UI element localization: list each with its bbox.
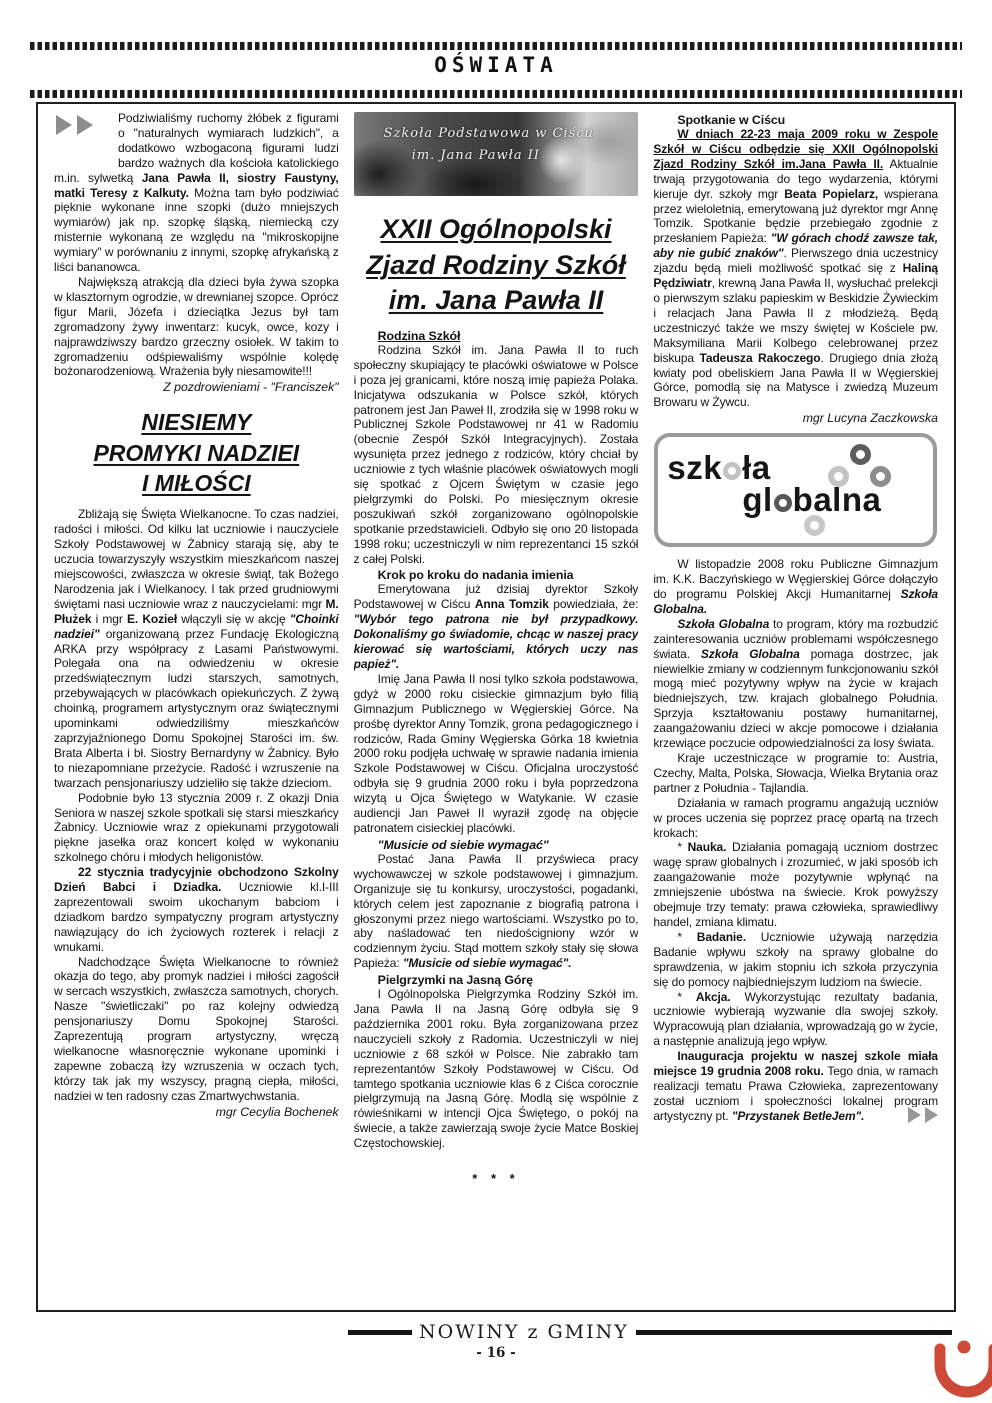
text-run: Beata Popielarz,	[784, 187, 878, 201]
headline-line: I MIŁOŚCI	[142, 468, 251, 498]
decorative-dashed-rule-bottom	[30, 90, 962, 98]
decorative-dashed-rule-top	[30, 42, 962, 50]
arrow-right-icon	[56, 115, 72, 135]
paragraph: Postać Jana Pawła II przyświeca pracy wy…	[354, 852, 639, 971]
paragraph: Kraje uczestniczące w programie to: Aust…	[653, 751, 938, 796]
text-run: Kraje uczestniczące w programie to: Aust…	[653, 751, 938, 795]
subheading: Krok po kroku do nadania imienia	[354, 568, 639, 582]
text-run: *	[677, 990, 696, 1004]
signature: Z pozdrowieniami - "Franciszek"	[54, 380, 339, 394]
red-arabic-noon-glyph	[928, 1335, 992, 1403]
subheading-text: Spotkanie w Ciścu	[677, 113, 785, 127]
headline-line: NIESIEMY	[141, 407, 251, 437]
footer-rule-left	[348, 1330, 412, 1335]
article-headline: XXII OgólnopolskiZjazd Rodziny Szkółim. …	[354, 212, 639, 319]
text-run: Nadchodzące Święta Wielkanocne to równie…	[54, 955, 339, 1103]
logo-szkola-globalna: szkłaglbalna	[654, 433, 937, 547]
text-run: Postać Jana Pawła II przyświeca pracy wy…	[354, 852, 639, 970]
paragraph: Szkoła Globalna to program, który ma roz…	[653, 617, 938, 751]
paragraph: Zbliżają się Święta Wielkanocne. To czas…	[54, 507, 339, 790]
headline-line: im. Jana Pawła II	[389, 283, 604, 319]
paragraph: * Nauka. Działania pomagają uczniom dost…	[653, 840, 938, 929]
subheading: Rodzina Szkół	[354, 329, 639, 343]
text-run: "Przystanek BetleJem".	[732, 1109, 865, 1123]
continuation-arrows	[54, 111, 118, 161]
ring-icon	[723, 462, 741, 480]
ring-icon	[804, 515, 825, 536]
paragraph: * Akcja. Wykorzystując rezultaty badania…	[653, 990, 938, 1050]
separator-stars: * * *	[354, 1171, 639, 1186]
text-run: Szkoła Globalna	[701, 647, 800, 661]
section-title: OŚWIATA	[0, 53, 992, 77]
ring-icon	[870, 466, 891, 487]
subheading: Spotkanie w Ciścu	[653, 113, 938, 127]
text-run: Szkoła Globalna	[677, 617, 769, 631]
text-run: powiedziała, że:	[549, 597, 639, 611]
page-number: - 16 -	[0, 1345, 992, 1361]
text-run: i mgr	[91, 612, 127, 626]
paragraph: W listopadzie 2008 roku Publiczne Gimnaz…	[653, 557, 938, 617]
signature: mgr Cecylia Bochenek	[54, 1105, 339, 1119]
text-run: Działania w ramach programu angażują ucz…	[653, 796, 938, 840]
text-run: Nauka.	[688, 840, 727, 854]
arrow-right-icon	[925, 1107, 938, 1123]
logo-word-globalna: glbalna	[742, 481, 881, 519]
banner-caption-line2: im. Jana Pawła II	[412, 148, 540, 163]
footer-rule-right	[636, 1330, 952, 1335]
paragraph: I Ogólnopolska Pielgrzymka Rodziny Szkół…	[354, 987, 639, 1151]
subheading-text: Rodzina Szkół	[378, 329, 461, 343]
text-run: Podobnie było 13 stycznia 2009 r. Z okaz…	[54, 791, 339, 865]
paragraph: Emerytowana już dzisiaj dyrektor Szkoły …	[354, 582, 639, 671]
newspaper-page: OŚWIATA Podziwialiśmy ruchomy żłóbek z f…	[0, 0, 992, 1403]
paragraph: 22 stycznia tradycyjnie obchodzono Szkol…	[54, 865, 339, 954]
signature: mgr Lucyna Zaczkowska	[653, 411, 938, 425]
headline-line: Zjazd Rodziny Szkół	[366, 248, 626, 284]
column-left: Podziwialiśmy ruchomy żłóbek z figurami …	[54, 111, 339, 1304]
paragraph: Nadchodzące Święta Wielkanocne to równie…	[54, 955, 339, 1104]
text-run: "Musicie od siebie wymagać".	[403, 956, 572, 970]
text-run: Rodzina Szkół im. Jana Pawła II to ruch …	[354, 343, 639, 566]
masthead-title: NOWINY z GMINY	[419, 1321, 629, 1343]
paragraph: Działania w ramach programu angażują ucz…	[653, 796, 938, 841]
text-run: Anna Tomzik	[475, 597, 549, 611]
paragraph: Rodzina Szkół im. Jana Pawła II to ruch …	[354, 343, 639, 567]
paragraph: * Badanie. Uczniowie używają narzędzia B…	[653, 930, 938, 990]
text-run: Imię Jana Pawła II nosi tylko szkoła pod…	[354, 672, 639, 835]
banner-caption-line1: Szkoła Podstawowa w Ciścu	[384, 126, 594, 141]
paragraph: Imię Jana Pawła II nosi tylko szkoła pod…	[354, 672, 639, 836]
subheading: Pielgrzymki na Jasną Górę	[354, 973, 639, 987]
headline-line: PROMYKI NADZIEI	[93, 438, 299, 468]
text-run: Akcja.	[696, 990, 731, 1004]
school-banner-image: Szkoła Podstawowa w Ciścuim. Jana Pawła …	[354, 112, 639, 196]
text-run: Zbliżają się Święta Wielkanocne. To czas…	[54, 507, 339, 610]
text-run: Z pozdrowieniami - "Franciszek"	[163, 380, 338, 394]
text-run: mgr Lucyna Zaczkowska	[803, 411, 938, 425]
column-center: Szkoła Podstawowa w Ciścuim. Jana Pawła …	[354, 111, 639, 1304]
ring-icon	[774, 494, 792, 512]
continuation-arrows	[902, 1107, 938, 1123]
headline-line: XXII Ogólnopolski	[380, 212, 611, 248]
paragraph: Inauguracja projektu w naszej szkole mia…	[653, 1049, 938, 1124]
text-run: Największą atrakcją dla dzieci była żywa…	[54, 275, 339, 378]
articles-container: Podziwialiśmy ruchomy żłóbek z figurami …	[36, 102, 956, 1312]
article-headline: NIESIEMYPROMYKI NADZIEII MIŁOŚCI	[54, 407, 339, 498]
paragraph: W dniach 22-23 maja 2009 roku w Zespole …	[653, 127, 938, 410]
text-run: *	[677, 930, 696, 944]
text-run: Badanie.	[697, 930, 746, 944]
subheading-text: Pielgrzymki na Jasną Górę	[378, 973, 533, 987]
footer: NOWINY z GMINY	[36, 1321, 952, 1343]
subheading: "Musicie od siebie wymagać"	[354, 838, 639, 852]
text-run: Tadeusza Rakoczego	[700, 351, 821, 365]
text-run: włączyli się w akcję	[177, 612, 290, 626]
column-right: Spotkanie w CiścuW dniach 22-23 maja 200…	[653, 111, 938, 1304]
arrow-right-icon	[908, 1107, 921, 1123]
text-run: W listopadzie 2008 roku Publiczne Gimnaz…	[653, 557, 938, 601]
arrow-right-icon	[77, 115, 93, 135]
text-run: "Wybór tego patrona nie był przypadkowy.…	[354, 612, 639, 671]
text-run: *	[677, 840, 687, 854]
subheading-text: "Musicie od siebie wymagać"	[378, 838, 549, 852]
text-run: I Ogólnopolska Pielgrzymka Rodziny Szkół…	[354, 987, 639, 1150]
text-run: pomaga dostrzec, jak niewielkie zmiany w…	[653, 647, 938, 750]
paragraph: Podobnie było 13 stycznia 2009 r. Z okaz…	[54, 791, 339, 866]
ring-icon	[850, 444, 871, 465]
text-run: E. Kozieł	[127, 612, 177, 626]
paragraph: Największą atrakcją dla dzieci była żywa…	[54, 275, 339, 379]
subheading-text: Krok po kroku do nadania imienia	[378, 568, 574, 582]
text-run: mgr Cecylia Bochenek	[216, 1105, 339, 1119]
text-run: organizowaną przez Fundację Ekologiczną …	[54, 627, 339, 790]
